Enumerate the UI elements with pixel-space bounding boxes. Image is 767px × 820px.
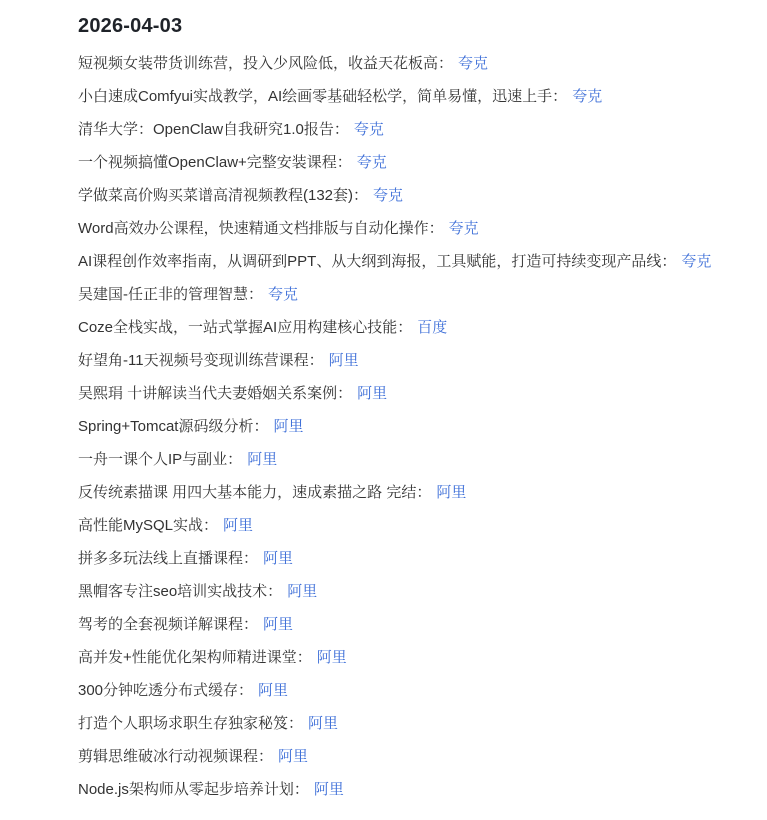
resource-title: 剪辑思维破冰行动视频课程： (78, 748, 273, 765)
resource-title: 黑帽客专注seo培训实战技术： (78, 583, 282, 600)
resource-link[interactable]: 阿里 (317, 649, 347, 666)
resource-title: 好望角-11天视频号变现训练营课程： (78, 352, 324, 369)
resource-line: Word高效办公课程，快速精通文档排版与自动化操作：夸克 (78, 218, 727, 239)
resource-line: 300分钟吃透分布式缓存：阿里 (78, 680, 727, 701)
resource-link[interactable]: 夸克 (373, 187, 403, 204)
resource-line: 好望角-11天视频号变现训练营课程：阿里 (78, 350, 727, 371)
resource-list: 短视频女装带货训练营，投入少风险低，收益天花板高：夸克 小白速成Comfyui实… (78, 53, 727, 800)
resource-title: 驾考的全套视频详解课程： (78, 616, 258, 633)
resource-title: Word高效办公课程，快速精通文档排版与自动化操作： (78, 220, 444, 237)
resource-line: AI课程创作效率指南，从调研到PPT、从大纲到海报，工具赋能，打造可持续变现产品… (78, 251, 727, 272)
resource-title: 吴建国-任正非的管理智慧： (78, 286, 263, 303)
resource-line: Spring+Tomcat源码级分析：阿里 (78, 416, 727, 437)
resource-line: 剪辑思维破冰行动视频课程：阿里 (78, 746, 727, 767)
resource-line: Node.js架构师从零起步培养计划：阿里 (78, 779, 727, 800)
resource-title: 反传统素描课 用四大基本能力，速成素描之路 完结： (78, 484, 431, 501)
resource-line: 黑帽客专注seo培训实战技术：阿里 (78, 581, 727, 602)
resource-link[interactable]: 阿里 (223, 517, 253, 534)
resource-line: 反传统素描课 用四大基本能力，速成素描之路 完结：阿里 (78, 482, 727, 503)
resource-link[interactable]: 夸克 (572, 88, 602, 105)
resource-line: 一舟一课个人IP与副业：阿里 (78, 449, 727, 470)
resource-line: 拼多多玩法线上直播课程：阿里 (78, 548, 727, 569)
resource-link[interactable]: 阿里 (357, 385, 387, 402)
resource-link[interactable]: 阿里 (436, 484, 466, 501)
resource-link[interactable]: 阿里 (263, 550, 293, 567)
resource-line: 一个视频搞懂OpenClaw+完整安装课程：夸克 (78, 152, 727, 173)
resource-line: 吴熙琄 十讲解读当代夫妻婚姻关系案例：阿里 (78, 383, 727, 404)
resource-link[interactable]: 阿里 (308, 715, 338, 732)
resource-title: 高性能MySQL实战： (78, 517, 218, 534)
resource-link[interactable]: 阿里 (273, 418, 303, 435)
resource-line: 学做菜高价购买菜谱高清视频教程(132套)：夸克 (78, 185, 727, 206)
resource-title: 学做菜高价购买菜谱高清视频教程(132套)： (78, 187, 368, 204)
resource-link[interactable]: 阿里 (287, 583, 317, 600)
resource-line: 清华大学：OpenClaw自我研究1.0报告：夸克 (78, 119, 727, 140)
resource-title: 小白速成Comfyui实战教学，AI绘画零基础轻松学，简单易懂，迅速上手： (78, 88, 567, 105)
resource-line: 吴建国-任正非的管理智慧：夸克 (78, 284, 727, 305)
resource-link[interactable]: 阿里 (263, 616, 293, 633)
resource-link[interactable]: 阿里 (258, 682, 288, 699)
resource-link[interactable]: 阿里 (314, 781, 344, 798)
resource-title: Node.js架构师从零起步培养计划： (78, 781, 309, 798)
resource-title: 吴熙琄 十讲解读当代夫妻婚姻关系案例： (78, 385, 352, 402)
resource-line: 打造个人职场求职生存独家秘笈：阿里 (78, 713, 727, 734)
resource-link[interactable]: 阿里 (278, 748, 308, 765)
resource-line: 高性能MySQL实战：阿里 (78, 515, 727, 536)
resource-link[interactable]: 夸克 (357, 154, 387, 171)
resource-title: 短视频女装带货训练营，投入少风险低，收益天花板高： (78, 55, 453, 72)
resource-link[interactable]: 阿里 (329, 352, 359, 369)
resource-line: 高并发+性能优化架构师精进课堂：阿里 (78, 647, 727, 668)
resource-line: Coze全栈实战，一站式掌握AI应用构建核心技能：百度 (78, 317, 727, 338)
resource-title: 拼多多玩法线上直播课程： (78, 550, 258, 567)
page-title: 2026-04-03 (78, 14, 727, 38)
resource-link[interactable]: 阿里 (247, 451, 277, 468)
resource-title: 清华大学：OpenClaw自我研究1.0报告： (78, 121, 349, 138)
resource-title: Coze全栈实战，一站式掌握AI应用构建核心技能： (78, 319, 412, 336)
resource-line: 小白速成Comfyui实战教学，AI绘画零基础轻松学，简单易懂，迅速上手：夸克 (78, 86, 727, 107)
resource-link[interactable]: 夸克 (354, 121, 384, 138)
resource-title: AI课程创作效率指南，从调研到PPT、从大纲到海报，工具赋能，打造可持续变现产品… (78, 253, 676, 270)
resource-title: 打造个人职场求职生存独家秘笈： (78, 715, 303, 732)
resource-link[interactable]: 夸克 (458, 55, 488, 72)
resource-link[interactable]: 夸克 (681, 253, 711, 270)
resource-title: 一个视频搞懂OpenClaw+完整安装课程： (78, 154, 352, 171)
resource-title: 高并发+性能优化架构师精进课堂： (78, 649, 312, 666)
resource-title: 300分钟吃透分布式缓存： (78, 682, 253, 699)
resource-link[interactable]: 夸克 (268, 286, 298, 303)
post-page: 2026-04-03 短视频女装带货训练营，投入少风险低，收益天花板高：夸克 小… (0, 0, 767, 820)
resource-link[interactable]: 百度 (417, 319, 447, 336)
resource-title: Spring+Tomcat源码级分析： (78, 418, 268, 435)
resource-line: 驾考的全套视频详解课程：阿里 (78, 614, 727, 635)
resource-line: 短视频女装带货训练营，投入少风险低，收益天花板高：夸克 (78, 53, 727, 74)
resource-link[interactable]: 夸克 (449, 220, 479, 237)
resource-title: 一舟一课个人IP与副业： (78, 451, 242, 468)
